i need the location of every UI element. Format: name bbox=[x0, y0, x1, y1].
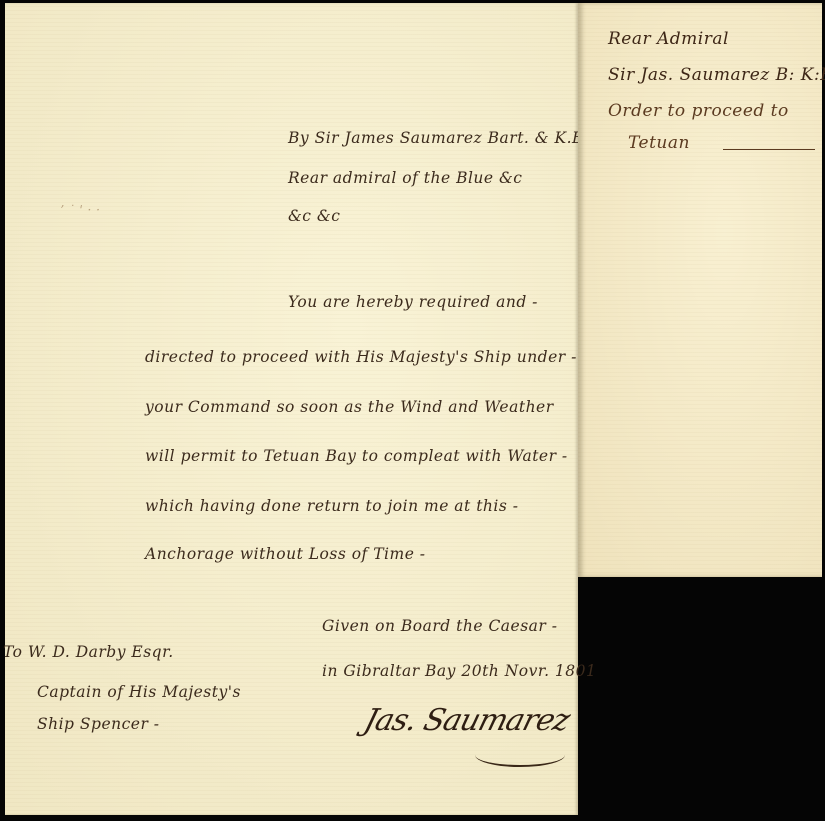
addressee-line-3: Ship Spencer - bbox=[37, 715, 160, 733]
heading-line-3: &c &c bbox=[288, 207, 340, 225]
body-line-4: will permit to Tetuan Bay to compleat wi… bbox=[145, 447, 568, 465]
endorsement-dash bbox=[723, 149, 815, 150]
heading-line-1: By Sir James Saumarez Bart. & K.B. bbox=[288, 129, 589, 147]
endorsement-line-4: Tetuan bbox=[628, 133, 690, 153]
signature-flourish bbox=[475, 743, 565, 767]
body-line-1: You are hereby required and - bbox=[288, 293, 538, 311]
addressee-line-1: To W. D. Darby Esqr. bbox=[3, 643, 174, 661]
faint-marks: ʼ ˙ ꞌ · · bbox=[60, 203, 101, 217]
body-line-5: which having done return to join me at t… bbox=[145, 497, 519, 515]
addressee-line-2: Captain of His Majesty's bbox=[37, 683, 241, 701]
signature: Jas. Saumarez bbox=[360, 703, 573, 738]
endorsement-sheet: Rear Admiral Sir Jas. Saumarez B: K:B Or… bbox=[578, 3, 822, 577]
given-line-1: Given on Board the Caesar - bbox=[322, 617, 558, 635]
body-line-3: your Command so soon as the Wind and Wea… bbox=[145, 398, 554, 416]
endorsement-line-1: Rear Admiral bbox=[608, 29, 729, 49]
body-line-6: Anchorage without Loss of Time - bbox=[145, 545, 426, 563]
endorsement-line-2: Sir Jas. Saumarez B: K:B bbox=[608, 65, 825, 85]
given-line-2: in Gibraltar Bay 20th Novr. 1801 bbox=[322, 662, 596, 680]
endorsement-line-3: Order to proceed to bbox=[608, 101, 789, 121]
letter-sheet: By Sir James Saumarez Bart. & K.B. Rear … bbox=[5, 3, 578, 815]
body-line-2: directed to proceed with His Majesty's S… bbox=[145, 348, 577, 366]
heading-line-2: Rear admiral of the Blue &c bbox=[288, 169, 523, 187]
